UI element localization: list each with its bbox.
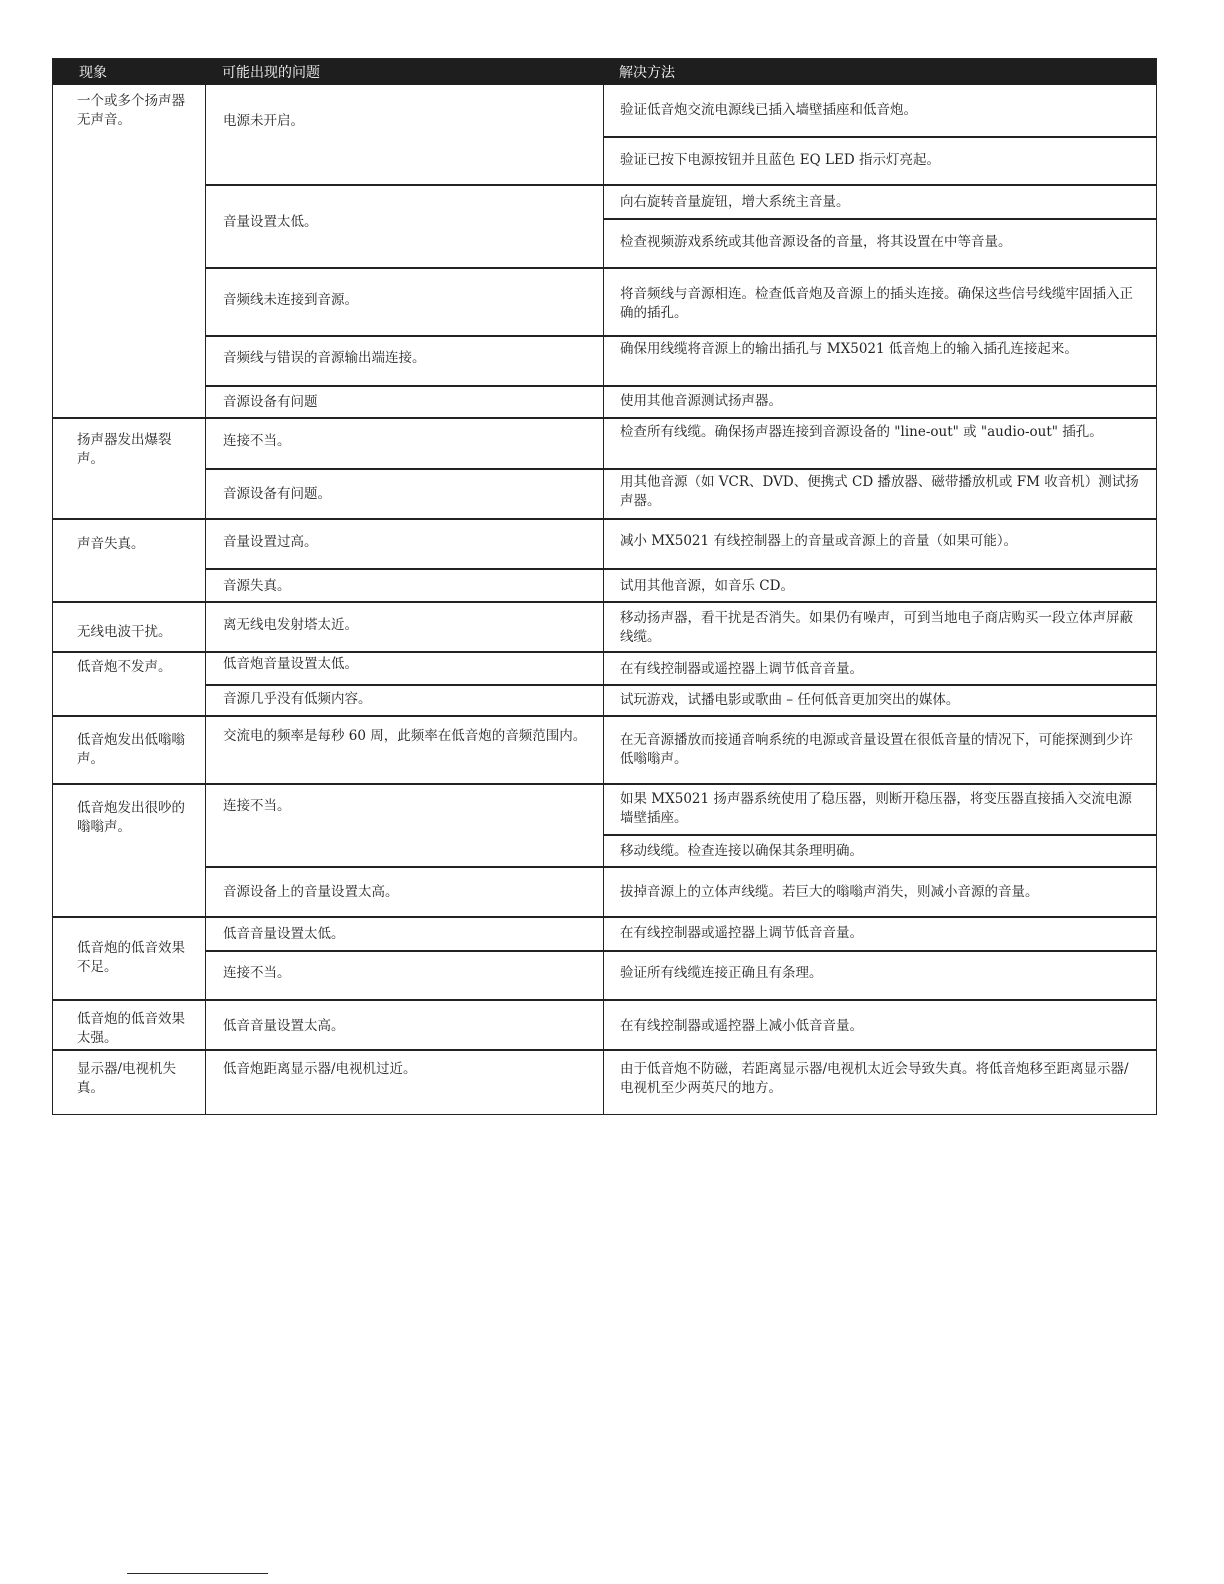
row-divider [53,916,1156,918]
solution-cell: 移动线缆。检查连接以确保其条理明确。 [620,842,1140,861]
table-header: 现象 可能出现的问题 解决方法 [53,59,1156,85]
solution-cell: 在有线控制器或遥控器上调节低音音量。 [620,660,1140,679]
solution-cell: 拔掉音源上的立体声线缆。若巨大的嗡嗡声消失，则减小音源的音量。 [620,883,1140,902]
problem-cell: 低音炮距离显示器/电视机过近。 [223,1060,593,1079]
symptom-cell: 一个或多个扬声器无声音。 [77,92,197,130]
solution-cell: 验证低音炮交流电源线已插入墙壁插座和低音炮。 [620,101,1140,120]
row-divider [205,468,1157,470]
solution-cell: 使用其他音源测试扬声器。 [620,392,1140,411]
problem-cell: 音频线与错误的音源输出端连接。 [223,349,593,368]
row-divider [205,267,1157,269]
symptom-cell: 低音炮发出低嗡嗡声。 [77,731,197,769]
symptom-cell: 低音炮发出很吵的嗡嗡声。 [77,799,197,837]
row-divider [53,715,1156,717]
row-divider [205,866,1157,868]
problem-cell: 音源失真。 [223,577,593,596]
row-divider [205,335,1157,337]
solution-cell: 在有线控制器或遥控器上减小低音音量。 [620,1017,1140,1036]
row-divider [603,834,1157,836]
solution-cell: 向右旋转音量旋钮，增大系统主音量。 [620,193,1140,212]
footer-link-underline [127,1573,268,1574]
header-solution: 解决方法 [619,62,675,82]
problem-cell: 低音音量设置太低。 [223,925,593,944]
solution-cell: 在无音源播放而接通音响系统的电源或音量设置在很低音量的情况下，可能探测到少许低嗡… [620,731,1140,769]
row-divider [205,385,1157,387]
problem-cell: 音源设备有问题。 [223,485,593,504]
row-divider [205,950,1157,952]
solution-cell: 试玩游戏，试播电影或歌曲 – 任何低音更加突出的媒体。 [620,691,1140,710]
problem-cell: 交流电的频率是每秒 60 周，此频率在低音炮的音频范围内。 [223,727,593,746]
troubleshooting-table: 现象 可能出现的问题 解决方法 一个或多个扬声器无声音。 扬声器发出爆裂声。 声… [52,58,1157,1115]
problem-cell: 音频线未连接到音源。 [223,291,593,310]
solution-cell: 如果 MX5021 扬声器系统使用了稳压器，则断开稳压器，将变压器直接插入交流电… [620,790,1145,828]
solution-cell: 将音频线与音源相连。检查低音炮及音源上的插头连接。确保这些信号线缆牢固插入正确的… [620,285,1140,323]
col-divider-1 [205,85,206,1115]
row-divider [53,1049,1156,1051]
problem-cell: 音源设备有问题 [223,393,593,412]
solution-cell: 验证所有线缆连接正确且有条理。 [620,964,1140,983]
problem-cell: 连接不当。 [223,964,593,983]
solution-cell: 减小 MX5021 有线控制器上的音量或音源上的音量（如果可能）。 [620,532,1140,551]
solution-cell: 检查所有线缆。确保扬声器连接到音源设备的 "line-out" 或 "audio… [620,423,1120,442]
symptom-cell: 低音炮的低音效果不足。 [77,939,197,977]
solution-cell: 确保用线缆将音源上的输出插孔与 MX5021 低音炮上的输入插孔连接起来。 [620,340,1100,359]
problem-cell: 电源未开启。 [223,112,593,131]
row-divider [53,783,1156,785]
problem-cell: 低音炮音量设置太低。 [223,655,593,674]
problem-cell: 连接不当。 [223,797,593,816]
solution-cell: 在有线控制器或遥控器上调节低音音量。 [620,924,1140,943]
row-divider [205,184,1157,186]
symptom-cell: 低音炮的低音效果太强。 [77,1010,197,1048]
solution-cell: 试用其他音源，如音乐 CD。 [620,577,1140,596]
row-divider [53,999,1156,1001]
solution-cell: 移动扬声器，看干扰是否消失。如果仍有噪声，可到当地电子商店购买一段立体声屏蔽线缆… [620,609,1140,647]
header-problem: 可能出现的问题 [222,62,320,82]
solution-cell: 检查视频游戏系统或其他音源设备的音量，将其设置在中等音量。 [620,233,1140,252]
problem-cell: 音量设置过高。 [223,533,593,552]
col-divider-2 [603,85,604,1115]
row-divider [205,568,1157,570]
solution-cell: 用其他音源（如 VCR、DVD、便携式 CD 播放器、磁带播放机或 FM 收音机… [620,473,1145,511]
row-divider [53,601,1156,603]
problem-cell: 音源几乎没有低频内容。 [223,690,593,709]
symptom-cell: 显示器/电视机失真。 [77,1060,197,1098]
row-divider [205,684,1157,686]
symptom-cell: 低音炮不发声。 [77,658,197,677]
row-divider [53,417,1156,419]
symptom-cell: 声音失真。 [77,535,197,554]
problem-cell: 低音音量设置太高。 [223,1017,593,1036]
row-divider [603,136,1157,138]
row-divider [53,651,1156,653]
row-divider [53,518,1156,520]
problem-cell: 连接不当。 [223,432,593,451]
symptom-cell: 无线电波干扰。 [77,623,197,642]
row-divider [603,218,1157,220]
problem-cell: 离无线电发射塔太近。 [223,616,593,635]
header-symptom: 现象 [79,62,107,82]
solution-cell: 验证已按下电源按钮并且蓝色 EQ LED 指示灯亮起。 [620,151,1140,170]
problem-cell: 音量设置太低。 [223,213,593,232]
solution-cell: 由于低音炮不防磁，若距离显示器/电视机太近会导致失真。将低音炮移至距离显示器/电… [620,1060,1140,1098]
symptom-cell: 扬声器发出爆裂声。 [77,431,197,469]
problem-cell: 音源设备上的音量设置太高。 [223,883,593,902]
